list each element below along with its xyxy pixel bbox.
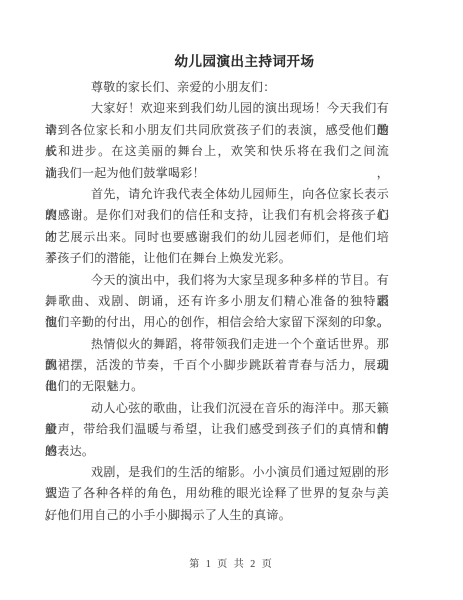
paragraph-line: 首先，请允许我代表全体幼儿园师生，向各位家长表示衷心	[45, 184, 389, 205]
paragraph-line: 他们辛勤的付出，用心的创作，相信会给大家留下深刻的印象。	[45, 312, 389, 333]
page-number-footer: 第 1 页 共 2 页	[0, 557, 463, 572]
paragraph-line: 、歌曲、戏剧、朗诵，还有许多小朋友们精心准备的独特表演。	[45, 291, 389, 312]
paragraph-line: 的裙摆，活泼的节奏，千百个小脚步跳跃着青春与活力，展现出	[45, 355, 389, 376]
paragraph-line: 长和进步。在这美丽的舞台上，欢笑和快乐将在我们之间流淌，	[45, 141, 389, 162]
paragraph-line: 他们的无限魅力。	[45, 376, 389, 397]
paragraph: 热情似火的舞蹈，将带领我们走进一个个童话世界。那飘动的裙摆，活泼的节奏，千百个小…	[45, 334, 389, 398]
paragraph: 尊敬的家长们、亲爱的小朋友们：	[45, 77, 389, 98]
paragraph: 今天的演出中，我们将为大家呈现多种多样的节目。有舞蹈、歌曲、戏剧、朗诵，还有许多…	[45, 270, 389, 334]
paragraph-line: 了孩子们的潜能，让他们在舞台上焕发光彩。	[45, 248, 389, 269]
paragraph: 动人心弦的歌曲，让我们沉浸在音乐的海洋中。那天籁般的童声，带给我们温暖与希望，让…	[45, 398, 389, 462]
paragraph-line: 的表达。	[45, 441, 389, 462]
paragraph-line: 。他们用自己的小手小脚揭示了人生的真谛。	[45, 505, 389, 526]
document-body: 尊敬的家长们、亲爱的小朋友们：大家好！欢迎来到我们幼儿园的演出现场！今天我们有幸…	[45, 77, 389, 526]
paragraph-line: 童声，带给我们温暖与希望，让我们感受到孩子们的真情和情感	[45, 419, 389, 440]
document-title: 幼儿园演出主持词开场	[13, 0, 463, 70]
paragraph: 首先，请允许我代表全体幼儿园师生，向各位家长表示衷心的感谢。是你们对我们的信任和…	[45, 184, 389, 270]
paragraph-line: 塑造了各种各样的角色，用幼稚的眼光诠释了世界的复杂与美好	[45, 483, 389, 504]
paragraph-line: 戏剧，是我们的生活的缩影。小小演员们通过短剧的形式，	[45, 462, 389, 483]
paragraph-line: 尊敬的家长们、亲爱的小朋友们：	[45, 77, 389, 98]
paragraph-line: 才艺展示出来。同时也要感谢我们的幼儿园老师们，是他们培养	[45, 227, 389, 248]
document-page: 幼儿园演出主持词开场 尊敬的家长们、亲爱的小朋友们：大家好！欢迎来到我们幼儿园的…	[0, 0, 463, 600]
paragraph-line: 请到各位家长和小朋友们共同欣赏孩子们的表演，感受他们的成	[45, 120, 389, 141]
paragraph-line: 的感谢。是你们对我们的信任和支持，让我们有机会将孩子们的	[45, 205, 389, 226]
paragraph: 戏剧，是我们的生活的缩影。小小演员们通过短剧的形式，塑造了各种各样的角色，用幼稚…	[45, 462, 389, 526]
paragraph: 大家好！欢迎来到我们幼儿园的演出现场！今天我们有幸邀请到各位家长和小朋友们共同欣…	[45, 98, 389, 184]
paragraph-line: 大家好！欢迎来到我们幼儿园的演出现场！今天我们有幸邀	[45, 98, 389, 119]
paragraph-line: 动人心弦的歌曲，让我们沉浸在音乐的海洋中。那天籁般的	[45, 398, 389, 419]
paragraph-line: 热情似火的舞蹈，将带领我们走进一个个童话世界。那飘动	[45, 334, 389, 355]
paragraph-line: 今天的演出中，我们将为大家呈现多种多样的节目。有舞蹈	[45, 270, 389, 291]
